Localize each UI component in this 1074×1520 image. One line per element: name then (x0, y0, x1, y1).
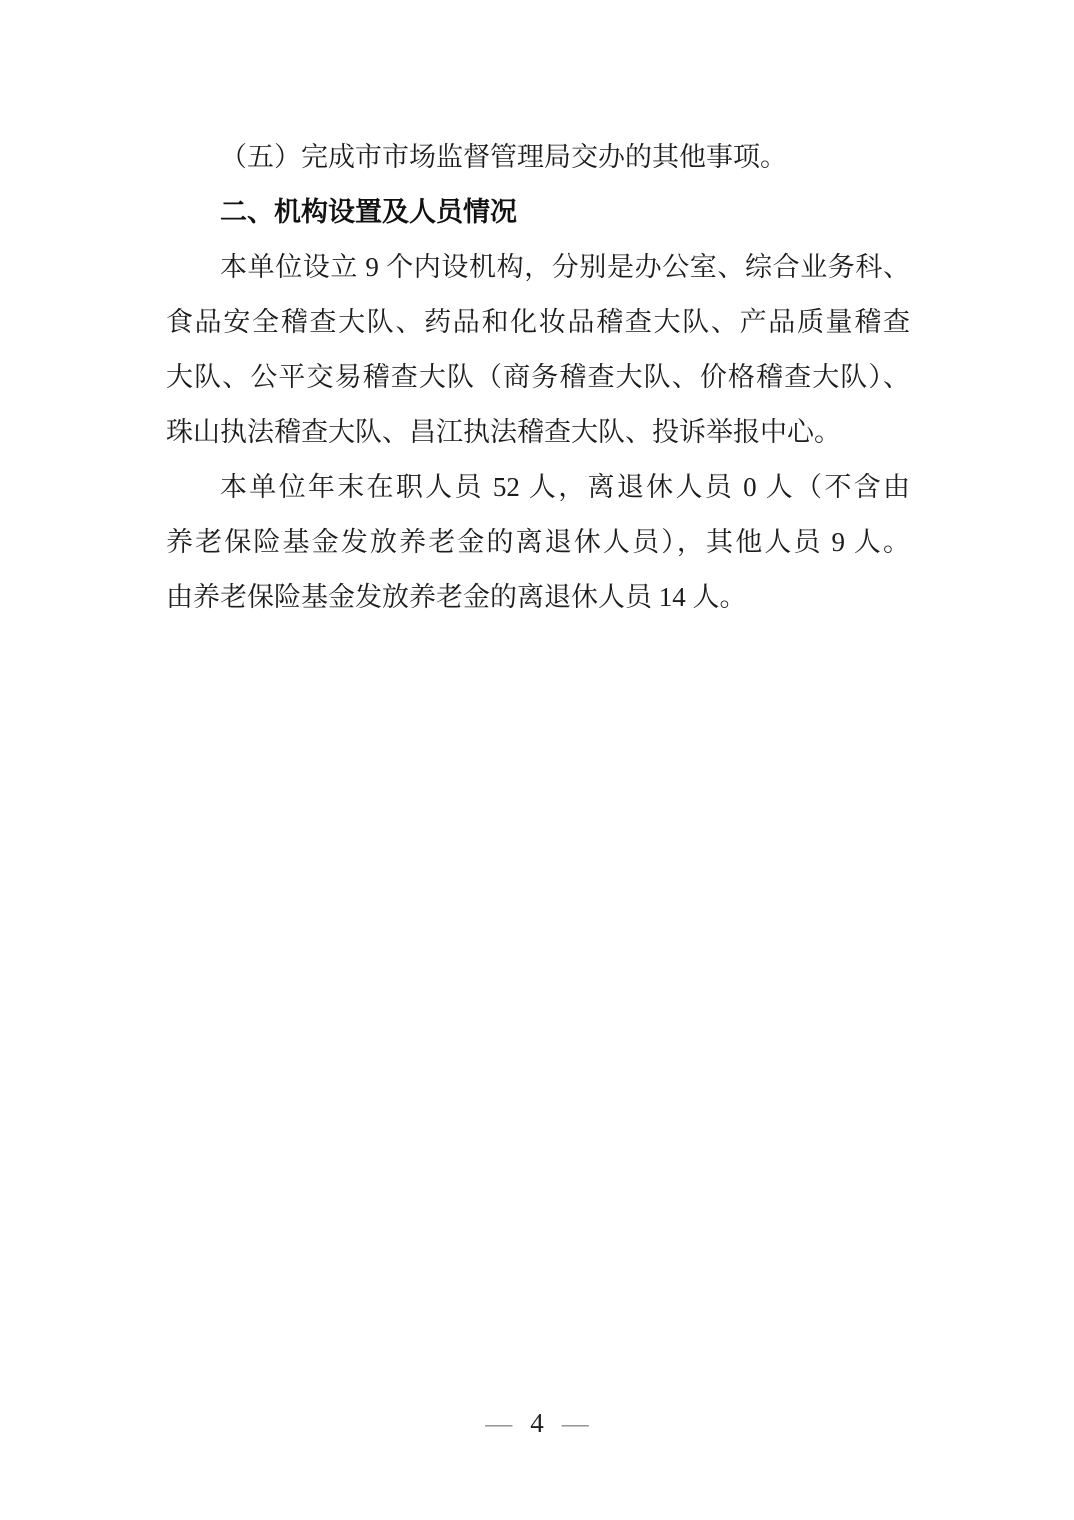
body-line: 由养老保险基金发放养老金的离退休人员 14 人。 (166, 570, 910, 625)
page-number: 4 (530, 1402, 544, 1444)
body-line: 珠山执法稽查大队、昌江执法稽查大队、投诉举报中心。 (166, 405, 910, 460)
body-line: 食品安全稽查大队、药品和化妆品稽查大队、产品质量稽查 (166, 295, 910, 350)
document-page: （五）完成市市场监督管理局交办的其他事项。 二、机构设置及人员情况 本单位设立 … (0, 0, 1074, 1520)
body-line: 养老保险基金发放养老金的离退休人员），其他人员 9 人。 (166, 515, 910, 570)
body-line: 本单位年末在职人员 52 人，离退休人员 0 人（不含由 (166, 460, 910, 515)
body-line: 大队、公平交易稽查大队（商务稽查大队、价格稽查大队）、 (166, 350, 910, 405)
footer-dash-right: — (562, 1408, 589, 1438)
document-body: （五）完成市市场监督管理局交办的其他事项。 二、机构设置及人员情况 本单位设立 … (166, 130, 910, 625)
paragraph-org-setup: 本单位设立 9 个内设机构，分别是办公室、综合业务科、 食品安全稽查大队、药品和… (166, 240, 910, 460)
item-five-line: （五）完成市市场监督管理局交办的其他事项。 (166, 130, 910, 185)
body-line: 本单位设立 9 个内设机构，分别是办公室、综合业务科、 (166, 240, 910, 295)
section-heading: 二、机构设置及人员情况 (166, 185, 910, 240)
page-footer: —4— (0, 1402, 1074, 1444)
footer-dash-left: — (485, 1408, 512, 1438)
paragraph-personnel: 本单位年末在职人员 52 人，离退休人员 0 人（不含由 养老保险基金发放养老金… (166, 460, 910, 625)
